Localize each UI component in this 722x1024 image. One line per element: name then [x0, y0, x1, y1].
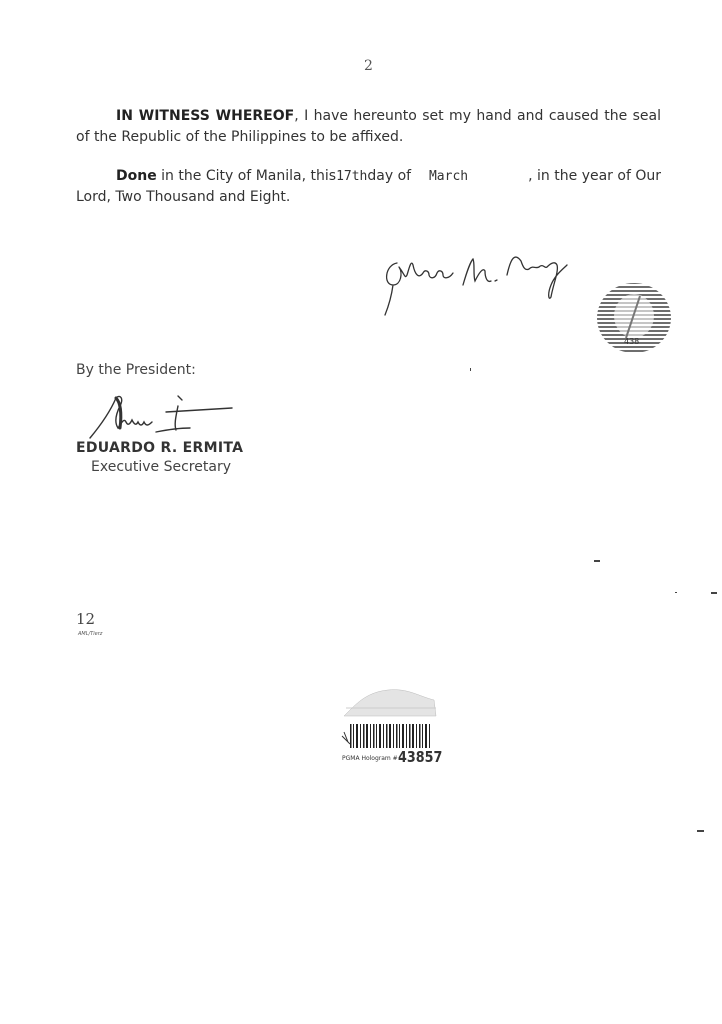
scan-speck: [675, 592, 677, 593]
done-text: in the City of Manila, this: [157, 168, 336, 184]
seal-label: 438: [624, 337, 639, 346]
scan-speck: [711, 592, 717, 594]
secretary-signature-icon: [86, 392, 236, 442]
reference-number: 12: [76, 610, 95, 628]
page-number: 2: [364, 58, 373, 74]
barcode-icon: [350, 724, 430, 748]
done-paragraph: Done in the City of Manila, this17thday …: [76, 166, 661, 208]
scan-speck: [697, 830, 704, 832]
done-lead: Done: [116, 168, 157, 184]
by-the-president-label: By the President:: [76, 362, 196, 378]
secretary-name: EDUARDO R. ERMITA: [76, 440, 243, 456]
president-signature-icon: [375, 245, 585, 320]
witness-lead: IN WITNESS WHEREOF: [116, 108, 294, 124]
seal-icon: 438: [596, 282, 674, 354]
hologram-icon: [338, 680, 440, 750]
reference-initials: AML/Tierz: [78, 631, 102, 637]
done-text-2: day of: [367, 168, 415, 184]
hologram-number: 43857: [398, 748, 442, 766]
witness-paragraph: IN WITNESS WHEREOF, I have hereunto set …: [76, 106, 661, 148]
day-field: 17th: [336, 169, 367, 184]
scan-speck: [470, 368, 471, 371]
scan-speck: [594, 560, 600, 562]
month-field: March: [429, 169, 468, 184]
secretary-title: Executive Secretary: [91, 459, 231, 475]
hologram-label: PGMA Hologram #: [342, 755, 398, 762]
